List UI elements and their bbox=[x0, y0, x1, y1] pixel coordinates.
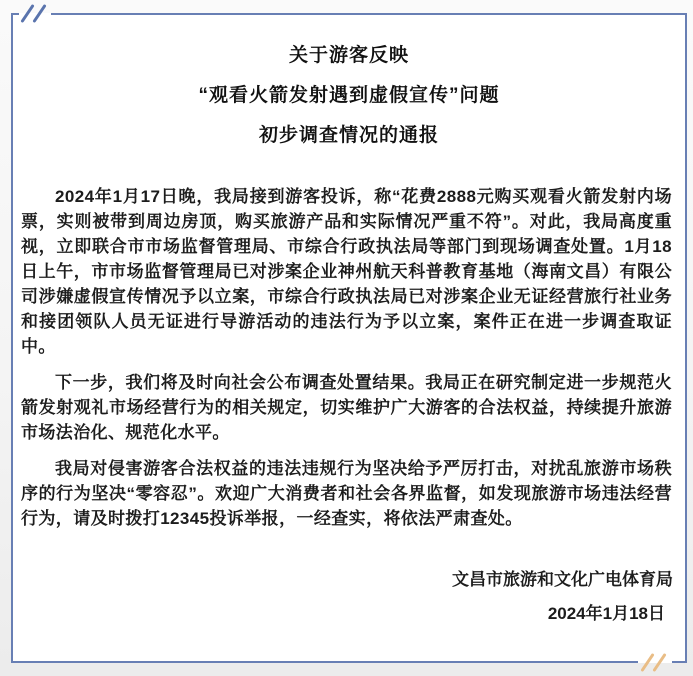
signature-block: 文昌市旅游和文化广电体育局 2024年1月18日 bbox=[21, 563, 677, 631]
paragraph-next-steps: 下一步，我们将及时向社会公布调查处置结果。我局正在研究制定进一步规范火箭发射观礼… bbox=[21, 370, 672, 445]
notice-card: 关于游客反映 “观看火箭发射遇到虚假宣传”问题 初步调查情况的通报 2024年1… bbox=[11, 13, 687, 663]
border-left bbox=[11, 13, 13, 663]
document-title: 关于游客反映 “观看火箭发射遇到虚假宣传”问题 初步调查情况的通报 bbox=[21, 36, 677, 156]
slash-icon bbox=[32, 4, 46, 23]
border-top-right-segment bbox=[51, 13, 687, 15]
double-slash-icon bbox=[639, 651, 673, 675]
title-line-2: “观看火箭发射遇到虚假宣传”问题 bbox=[21, 76, 677, 116]
border-bottom-left-segment bbox=[11, 661, 638, 663]
notice-page: 关于游客反映 “观看火箭发射遇到虚假宣传”问题 初步调查情况的通报 2024年1… bbox=[0, 0, 693, 676]
border-right bbox=[685, 13, 687, 663]
signature-date: 2024年1月18日 bbox=[21, 597, 677, 631]
paragraph-investigation: 2024年1月17日晚，我局接到游客投诉，称“花费2888元购买观看火箭发射内场… bbox=[21, 184, 672, 359]
slash-icon bbox=[652, 653, 666, 672]
document-body: 2024年1月17日晚，我局接到游客投诉，称“花费2888元购买观看火箭发射内场… bbox=[21, 184, 672, 531]
paragraph-warning-hotline: 我局对侵害游客合法权益的违法违规行为坚决给予严厉打击，对扰乱旅游市场秩序的行为坚… bbox=[21, 456, 672, 531]
signature-organization: 文昌市旅游和文化广电体育局 bbox=[21, 563, 677, 597]
title-line-3: 初步调查情况的通报 bbox=[21, 116, 677, 156]
border-bottom-right-segment bbox=[672, 661, 687, 663]
double-slash-icon bbox=[19, 2, 53, 26]
title-line-1: 关于游客反映 bbox=[21, 36, 677, 76]
